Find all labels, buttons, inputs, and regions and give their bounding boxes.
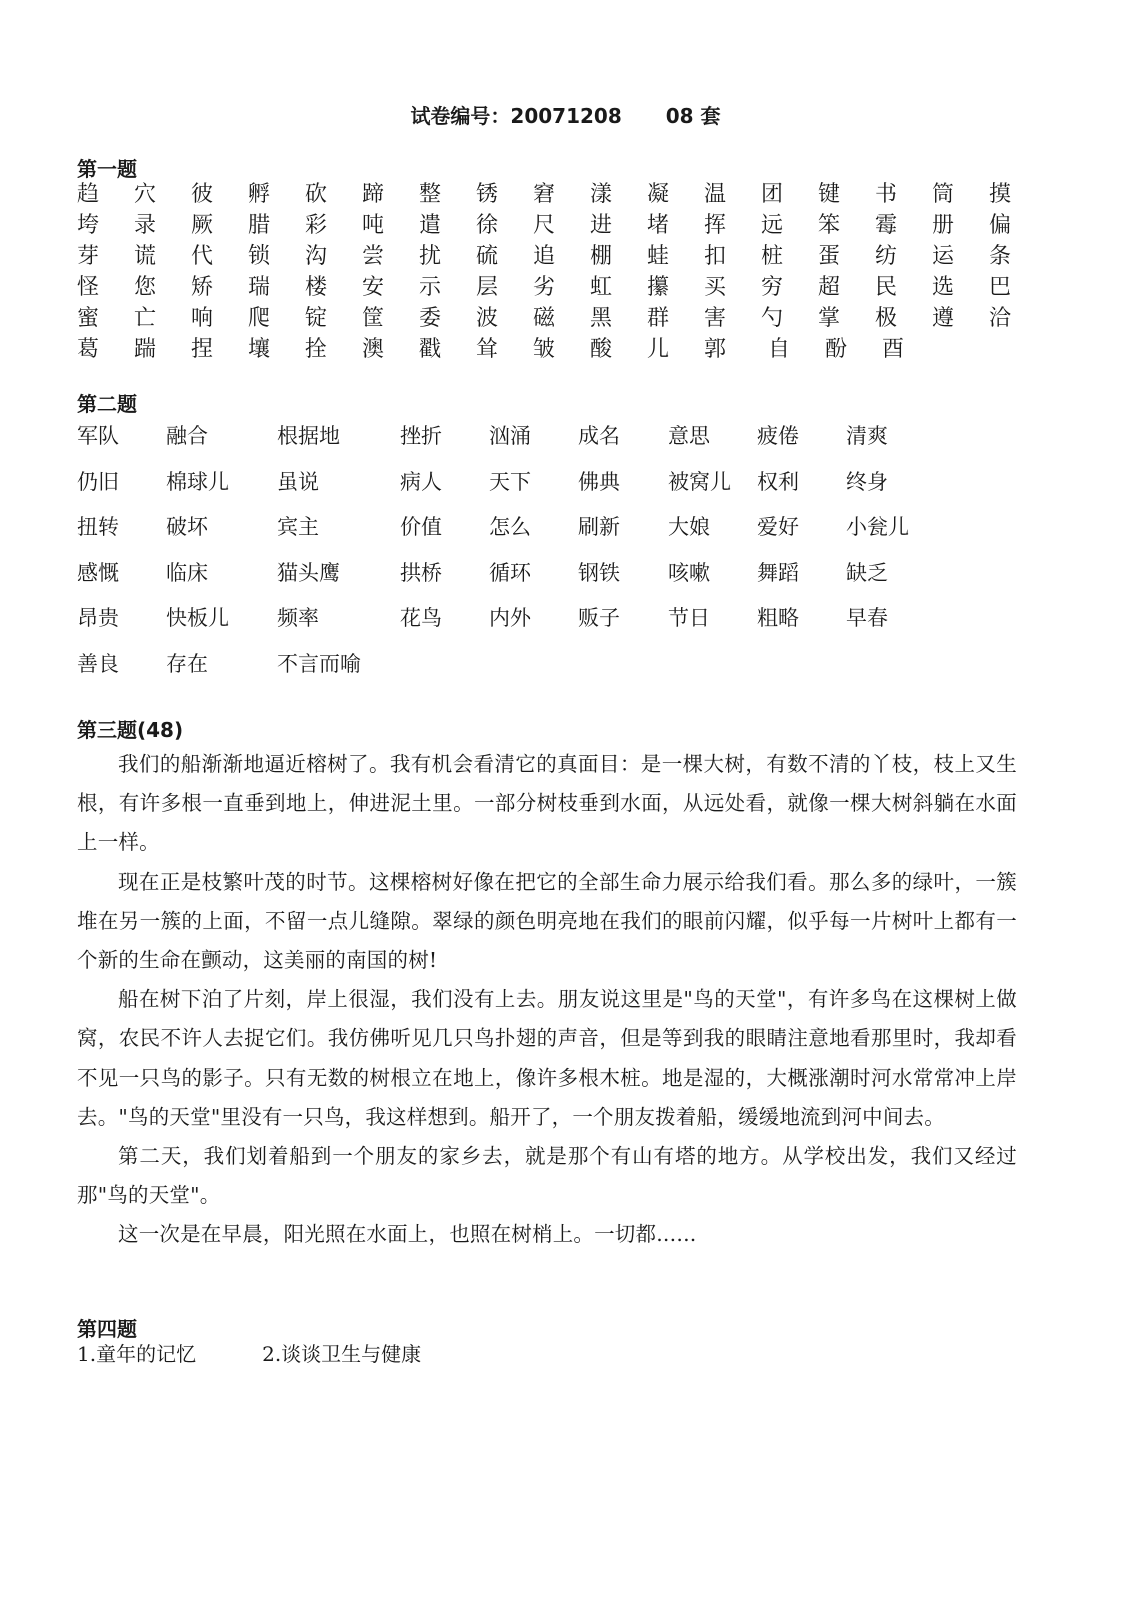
char-item: 孵 [248,180,274,210]
section4-heading: 第四题 [77,1313,137,1342]
word-item: 怎么 [489,512,531,542]
char-item: 层 [476,273,502,303]
char-item: 酸 [590,335,616,365]
word-item: 根据地 [277,421,340,451]
section1-heading: 第一题 [77,153,137,182]
char-item: 谎 [134,242,160,272]
passage-paragraph-3: 船在树下泊了片刻，岸上很湿，我们没有上去。朋友说这里是"鸟的天堂"，有许多鸟在这… [77,980,1017,1137]
section4-topics: 1.童年的记忆2.谈谈卫生与健康 [77,1340,421,1368]
char-item: 锭 [305,304,331,334]
char-item: 整 [419,180,445,210]
word-item: 佛典 [578,467,620,497]
passage-paragraph-5: 这一次是在早晨，阳光照在水面上，也照在树梢上。一切都...... [77,1215,1017,1254]
word-item: 内外 [489,603,531,633]
char-item: 穴 [134,180,160,210]
char-item: 蛋 [818,242,844,272]
word-item: 宾主 [277,512,319,542]
word-item: 善良 [77,649,119,679]
char-item: 彩 [305,211,331,241]
word-item: 拱桥 [400,558,442,588]
char-item: 筐 [362,304,388,334]
word-item: 花鸟 [400,603,442,633]
word-item: 病人 [400,467,442,497]
word-item: 被窝儿 [668,467,731,497]
char-item: 砍 [305,180,331,210]
char-item: 偏 [989,211,1015,241]
word-item: 挫折 [400,421,442,451]
char-item: 洽 [989,304,1015,334]
word-item: 仍旧 [77,467,119,497]
char-item: 亡 [134,304,160,334]
char-item: 买 [704,273,730,303]
char-item: 您 [134,273,160,303]
char-item: 键 [818,180,844,210]
char-item: 条 [989,242,1015,272]
word-item: 破坏 [166,512,208,542]
char-item: 温 [704,180,730,210]
char-item: 芽 [77,242,103,272]
char-item: 害 [704,304,730,334]
char-item: 澳 [362,335,388,365]
section3-heading: 第三题(48) [77,714,183,743]
word-item: 棉球儿 [166,467,229,497]
char-item: 攥 [647,273,673,303]
char-item: 厥 [191,211,217,241]
char-item: 书 [875,180,901,210]
char-item: 踹 [134,335,160,365]
char-item: 楼 [305,273,331,303]
char-item: 捏 [191,335,217,365]
word-item: 猫头鹰 [277,558,340,588]
word-item: 快板儿 [166,603,229,633]
passage-paragraph-1: 我们的船渐渐地逼近榕树了。我有机会看清它的真面目：是一棵大树，有数不清的丫枝，枝… [77,745,1017,863]
word-item: 价值 [400,512,442,542]
word-item: 舞蹈 [757,558,799,588]
passage-paragraph-4: 第二天，我们划着船到一个朋友的家乡去，就是那个有山有塔的地方。从学校出发，我们又… [77,1137,1017,1215]
char-item: 追 [533,242,559,272]
char-item: 委 [419,304,445,334]
char-item: 窘 [533,180,559,210]
word-item: 存在 [166,649,208,679]
word-item: 天下 [489,467,531,497]
char-item: 怪 [77,273,103,303]
word-item: 疲倦 [757,421,799,451]
char-item: 儿 [647,335,673,365]
section3-passage: 我们的船渐渐地逼近榕树了。我有机会看清它的真面目：是一棵大树，有数不清的丫枝，枝… [77,745,1017,1255]
word-item: 贩子 [578,603,620,633]
char-item: 郭 [704,335,730,365]
char-item: 遵 [932,304,958,334]
char-item: 葛 [77,335,103,365]
word-item: 军队 [77,421,119,451]
char-item: 代 [191,242,217,272]
char-item: 黑 [590,304,616,334]
char-item: 群 [647,304,673,334]
char-item: 沟 [305,242,331,272]
char-item: 挥 [704,211,730,241]
char-item: 笨 [818,211,844,241]
word-item: 权利 [757,467,799,497]
word-item: 汹涌 [489,421,531,451]
section2-heading: 第二题 [77,388,137,417]
char-item: 棚 [590,242,616,272]
char-item: 磁 [533,304,559,334]
word-item: 缺乏 [846,558,888,588]
exam-number: 试卷编号：20071208 [410,104,621,128]
word-item: 刷新 [578,512,620,542]
word-item: 扭转 [77,512,119,542]
char-item: 扰 [419,242,445,272]
char-item: 尝 [362,242,388,272]
char-item: 徐 [476,211,502,241]
char-item: 锈 [476,180,502,210]
char-item: 硫 [476,242,502,272]
word-item: 融合 [166,421,208,451]
char-item: 扣 [704,242,730,272]
word-item: 虽说 [277,467,319,497]
char-item: 拴 [305,335,331,365]
char-item: 巴 [989,273,1015,303]
char-item: 掌 [818,304,844,334]
char-item: 录 [134,211,160,241]
char-item: 蹄 [362,180,388,210]
word-item: 终身 [846,467,888,497]
word-item: 感慨 [77,558,119,588]
exam-title: 试卷编号：2007120808 套 [0,100,1131,129]
char-item: 凝 [647,180,673,210]
char-item: 响 [191,304,217,334]
char-item: 遣 [419,211,445,241]
char-item: 蛙 [647,242,673,272]
word-item: 不言而喻 [277,649,361,679]
char-item: 虹 [590,273,616,303]
char-item: 民 [875,273,901,303]
char-item: 远 [761,211,787,241]
char-item: 爬 [248,304,274,334]
char-item: 超 [818,273,844,303]
char-item: 自 [768,335,794,365]
char-item: 酚 [825,335,851,365]
word-item: 循环 [489,558,531,588]
char-item: 锁 [248,242,274,272]
char-item: 腊 [248,211,274,241]
word-item: 清爽 [846,421,888,451]
char-item: 彼 [191,180,217,210]
topic-1: 1.童年的记忆 [77,1340,196,1368]
char-item: 筒 [932,180,958,210]
passage-paragraph-2: 现在正是枝繁叶茂的时节。这棵榕树好像在把它的全部生命力展示给我们看。那么多的绿叶… [77,863,1017,981]
word-item: 大娘 [668,512,710,542]
char-item: 运 [932,242,958,272]
word-item: 粗略 [757,603,799,633]
word-item: 咳嗽 [668,558,710,588]
char-item: 尺 [533,211,559,241]
char-item: 酉 [882,335,908,365]
char-item: 进 [590,211,616,241]
word-item: 意思 [668,421,710,451]
topic-2: 2.谈谈卫生与健康 [262,1340,421,1368]
word-item: 钢铁 [578,558,620,588]
char-item: 劣 [533,273,559,303]
char-item: 册 [932,211,958,241]
char-item: 瑞 [248,273,274,303]
char-item: 矫 [191,273,217,303]
char-item: 堵 [647,211,673,241]
char-item: 波 [476,304,502,334]
word-item: 临床 [166,558,208,588]
word-item: 成名 [578,421,620,451]
char-item: 趋 [77,180,103,210]
char-item: 戳 [419,335,445,365]
char-item: 团 [761,180,787,210]
char-item: 纺 [875,242,901,272]
word-item: 昂贵 [77,603,119,633]
char-item: 极 [875,304,901,334]
char-item: 穷 [761,273,787,303]
char-item: 勺 [761,304,787,334]
exam-set: 08 套 [666,104,721,128]
char-item: 安 [362,273,388,303]
char-item: 壤 [248,335,274,365]
char-item: 垮 [77,211,103,241]
char-item: 皱 [533,335,559,365]
word-item: 爱好 [757,512,799,542]
word-item: 小瓮儿 [846,512,909,542]
char-item: 摸 [989,180,1015,210]
word-item: 早春 [846,603,888,633]
char-item: 桩 [761,242,787,272]
char-item: 吨 [362,211,388,241]
char-item: 选 [932,273,958,303]
char-item: 耸 [476,335,502,365]
char-item: 漾 [590,180,616,210]
word-item: 频率 [277,603,319,633]
word-item: 节日 [668,603,710,633]
char-item: 示 [419,273,445,303]
char-item: 霉 [875,211,901,241]
char-item: 蜜 [77,304,103,334]
